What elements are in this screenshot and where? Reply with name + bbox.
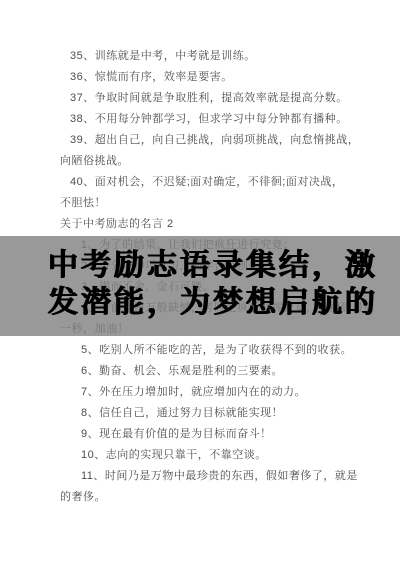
quote-line: 39、超出自己，向自己挑战，向弱项挑战，向怠惰挑战， [0, 130, 400, 151]
quote-line: 38、不用每分钟都学习，但求学习中每分钟都有播种。 [0, 109, 400, 130]
quote-line: 6、勤奋、机会、乐观是胜利的三要素。 [0, 361, 400, 382]
quote-line: 7、外在压力增加时，就应增加内在的动力。 [0, 382, 400, 403]
quote-line-continuation: 向陋俗挑战。 [0, 151, 400, 172]
quote-line-continuation: 的奢侈。 [0, 487, 400, 508]
caption-title: 中考励志语录集结，激 发潜能，为梦想启航的 [0, 247, 400, 321]
quote-line-continuation: 不胆怯！ [0, 193, 400, 214]
caption-title-line1: 中考励志语录集结，激 [48, 247, 400, 284]
quote-line: 35、训练就是中考，中考就是训练。 [0, 46, 400, 67]
quote-line: 5、吃别人所不能吃的苦，是为了收获得不到的收获。 [0, 340, 400, 361]
article-page: 35、训练就是中考，中考就是训练。 36、惊慌而有序，效率是要害。 37、争取时… [0, 0, 400, 566]
section-heading: 关于中考励志的名言 2 [0, 214, 400, 235]
quote-line: 36、惊慌而有序，效率是要害。 [0, 67, 400, 88]
quote-line: 11、时间乃是万物中最珍贵的东西，假如奢侈了，就是 [0, 466, 400, 487]
quote-line: 8、信任自己，通过努力目标就能实现！ [0, 403, 400, 424]
quote-line: 9、现在最有价值的是为目标而奋斗！ [0, 424, 400, 445]
quote-line: 40、面对机会，不迟疑;面对确定，不徘徊;面对决战， [0, 172, 400, 193]
caption-title-line2: 发潜能，为梦想启航的 [48, 284, 400, 321]
quote-line: 10、志向的实现只靠干，不靠空谈。 [0, 445, 400, 466]
quote-line: 37、争取时间就是争取胜利，提高效率就是提高分数。 [0, 88, 400, 109]
